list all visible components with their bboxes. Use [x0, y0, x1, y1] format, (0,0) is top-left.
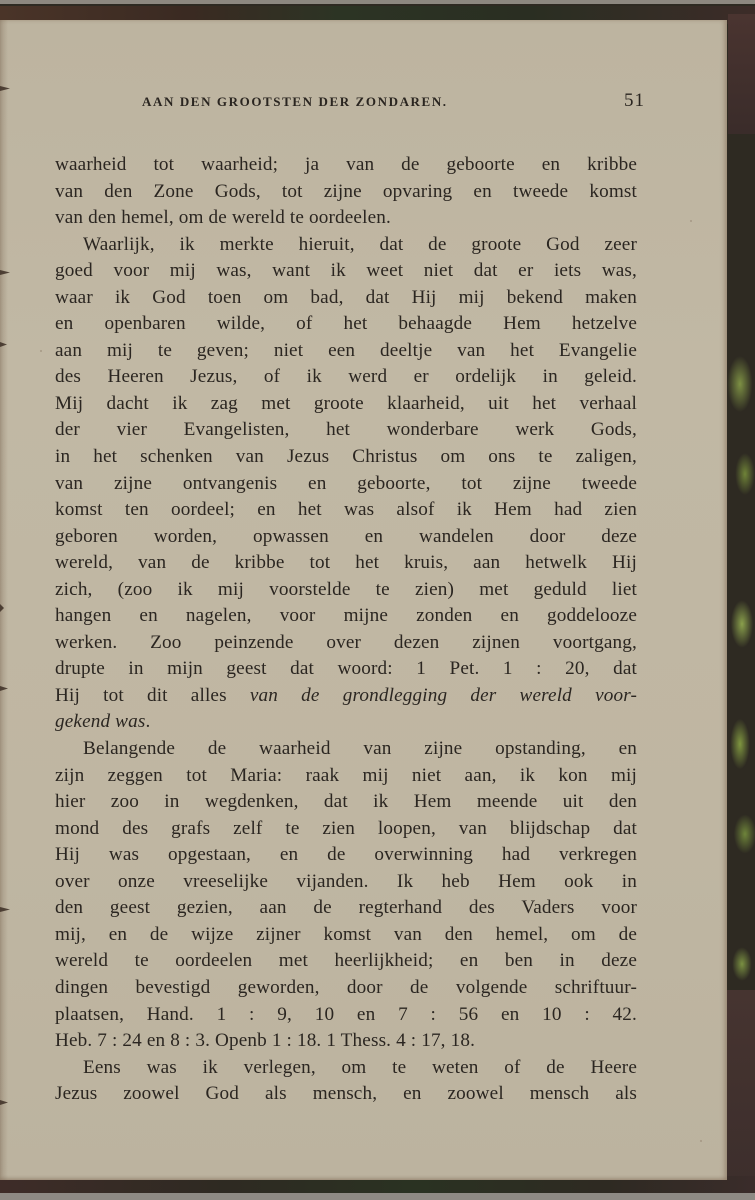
text-line: mij, en de wijze zijner komst van den he…	[55, 922, 637, 949]
text-line-roman: goed voor mij was, want ik weet niet dat…	[55, 260, 637, 281]
text-line: den geest gezien, aan de regterhand des …	[55, 895, 637, 922]
text-line: Mij dacht ik zag met groote klaarheid, u…	[55, 391, 637, 418]
text-line-roman: Heb. 7 : 24 en 8 : 3. Openb 1 : 18. 1 Th…	[55, 1030, 475, 1051]
text-line-roman: der vier Evangelisten, het wonderbare we…	[55, 419, 637, 440]
text-line: in het schenken van Jezus Christus om on…	[55, 444, 637, 471]
text-line-italic: gekend was	[55, 711, 146, 732]
text-line-roman: hier zoo in wegdenken, dat ik Hem meende…	[55, 791, 637, 812]
text-line: drupte in mijn geest dat woord: 1 Pet. 1…	[55, 656, 637, 683]
page-gutter-shadow	[0, 20, 8, 1180]
text-line: des Heeren Jezus, of ik werd er ordelijk…	[55, 364, 637, 391]
text-line-roman: en openbaren wilde, of het behaagde Hem …	[55, 313, 637, 334]
text-line-roman: zich, (zoo ik mij voorstelde te zien) me…	[55, 579, 637, 600]
text-line-roman: van zijne ontvangenis en geboorte, tot z…	[55, 473, 637, 494]
book-page: AAN DEN GROOTSTEN DER ZONDAREN. 51 waarh…	[0, 20, 727, 1180]
text-line-roman: mij, en de wijze zijner komst van den he…	[55, 924, 637, 945]
text-line: zijn zeggen tot Maria: raak mij niet aan…	[55, 763, 637, 790]
text-line: hier zoo in wegdenken, dat ik Hem meende…	[55, 789, 637, 816]
running-head: AAN DEN GROOTSTEN DER ZONDAREN. 51	[130, 90, 645, 112]
text-line-roman: mond des grafs zelf te zien loopen, van …	[55, 818, 637, 839]
text-line: geboren worden, opwassen en wandelen doo…	[55, 524, 637, 551]
text-line: Hij tot dit alles van de grondlegging de…	[55, 683, 637, 710]
text-line: Waarlijk, ik merkte hieruit, dat de groo…	[55, 232, 637, 259]
text-line: gekend was.	[55, 709, 637, 736]
text-line-roman: den geest gezien, aan de regterhand des …	[55, 897, 637, 918]
text-line: Heb. 7 : 24 en 8 : 3. Openb 1 : 18. 1 Th…	[55, 1028, 637, 1055]
text-line-roman: Eens was ik verlegen, om te weten of de …	[83, 1057, 637, 1078]
text-line-roman: zijn zeggen tot Maria: raak mij niet aan…	[55, 765, 637, 786]
text-line-roman: Mij dacht ik zag met groote klaarheid, u…	[55, 393, 637, 414]
text-line: werken. Zoo peinzende over dezen zijnen …	[55, 630, 637, 657]
text-line: mond des grafs zelf te zien loopen, van …	[55, 816, 637, 843]
text-line-roman: plaatsen, Hand. 1 : 9, 10 en 7 : 56 en 1…	[55, 1004, 637, 1025]
book-cover-leather-corner-top	[728, 14, 755, 134]
text-line-roman: hangen en nagelen, voor mijne zonden en …	[55, 605, 637, 626]
text-line-roman: in het schenken van Jezus Christus om on…	[55, 446, 637, 467]
text-line-roman: van den Zone Gods, tot zijne opvaring en…	[55, 181, 637, 202]
text-line: aan mij te geven; niet een deeltje van h…	[55, 338, 637, 365]
text-line: van zijne ontvangenis en geboorte, tot z…	[55, 471, 637, 498]
page-number: 51	[624, 90, 645, 112]
text-line: zich, (zoo ik mij voorstelde te zien) me…	[55, 577, 637, 604]
text-line-roman: Jezus zoowel God als mensch, en zoowel m…	[55, 1083, 637, 1104]
text-line: wereld te oordeelen met heerlijkheid; en…	[55, 948, 637, 975]
text-line-roman: wereld te oordeelen met heerlijkheid; en…	[55, 950, 637, 971]
text-line: en openbaren wilde, of het behaagde Hem …	[55, 311, 637, 338]
background-surface	[0, 1193, 755, 1200]
text-line: over onze vreeselijke vijanden. Ik heb H…	[55, 869, 637, 896]
text-line: komst ten oordeel; en het was alsof ik H…	[55, 497, 637, 524]
text-line: dingen bevestigd geworden, door de volge…	[55, 975, 637, 1002]
text-line-roman: wereld, van de kribbe tot het kruis, aan…	[55, 552, 637, 573]
text-line: hangen en nagelen, voor mijne zonden en …	[55, 603, 637, 630]
text-line-roman: geboren worden, opwassen en wandelen doo…	[55, 526, 637, 547]
text-line-italic: van de grondlegging der wereld voor-	[250, 685, 637, 706]
text-line-roman: van den hemel, om de wereld te oordeelen…	[55, 207, 391, 228]
paper-speck	[40, 350, 42, 352]
text-line: goed voor mij was, want ik weet niet dat…	[55, 258, 637, 285]
text-line-roman: komst ten oordeel; en het was alsof ik H…	[55, 499, 637, 520]
text-line-roman: waarheid tot waarheid; ja van de geboort…	[55, 154, 637, 175]
text-line: Belangende de waarheid van zijne opstand…	[55, 736, 637, 763]
paper-speck	[700, 1140, 702, 1142]
text-line-roman: Waarlijk, ik merkte hieruit, dat de groo…	[83, 234, 637, 255]
text-line-roman: des Heeren Jezus, of ik werd er ordelijk…	[55, 366, 637, 387]
text-line: plaatsen, Hand. 1 : 9, 10 en 7 : 56 en 1…	[55, 1002, 637, 1029]
paper-speck	[690, 220, 692, 222]
text-line: wereld, van de kribbe tot het kruis, aan…	[55, 550, 637, 577]
text-line: der vier Evangelisten, het wonderbare we…	[55, 417, 637, 444]
text-line-roman: Belangende de waarheid van zijne opstand…	[83, 738, 637, 759]
text-line: van den hemel, om de wereld te oordeelen…	[55, 205, 637, 232]
text-line-punctuation: .	[146, 711, 151, 732]
text-line: Jezus zoowel God als mensch, en zoowel m…	[55, 1081, 637, 1108]
body-text: waarheid tot waarheid; ja van de geboort…	[55, 152, 637, 1108]
text-line-roman: aan mij te geven; niet een deeltje van h…	[55, 340, 637, 361]
text-line-roman: werken. Zoo peinzende over dezen zijnen …	[55, 632, 637, 653]
text-line: van den Zone Gods, tot zijne opvaring en…	[55, 179, 637, 206]
text-line: Hij was opgestaan, en de overwinning had…	[55, 842, 637, 869]
running-head-title: AAN DEN GROOTSTEN DER ZONDAREN.	[142, 94, 448, 110]
text-line: waar ik God toen om bad, dat Hij mij bek…	[55, 285, 637, 312]
text-line: Eens was ik verlegen, om te weten of de …	[55, 1055, 637, 1082]
text-line-roman: drupte in mijn geest dat woord: 1 Pet. 1…	[55, 658, 637, 679]
text-line-roman: waar ik God toen om bad, dat Hij mij bek…	[55, 287, 637, 308]
text-line: waarheid tot waarheid; ja van de geboort…	[55, 152, 637, 179]
text-line-roman: dingen bevestigd geworden, door de volge…	[55, 977, 637, 998]
book-cover-leather-corner-bottom	[724, 990, 755, 1200]
text-line-roman: Hij was opgestaan, en de overwinning had…	[55, 844, 637, 865]
text-line-roman: Hij tot dit alles	[55, 685, 227, 706]
text-line-roman: over onze vreeselijke vijanden. Ik heb H…	[55, 871, 637, 892]
